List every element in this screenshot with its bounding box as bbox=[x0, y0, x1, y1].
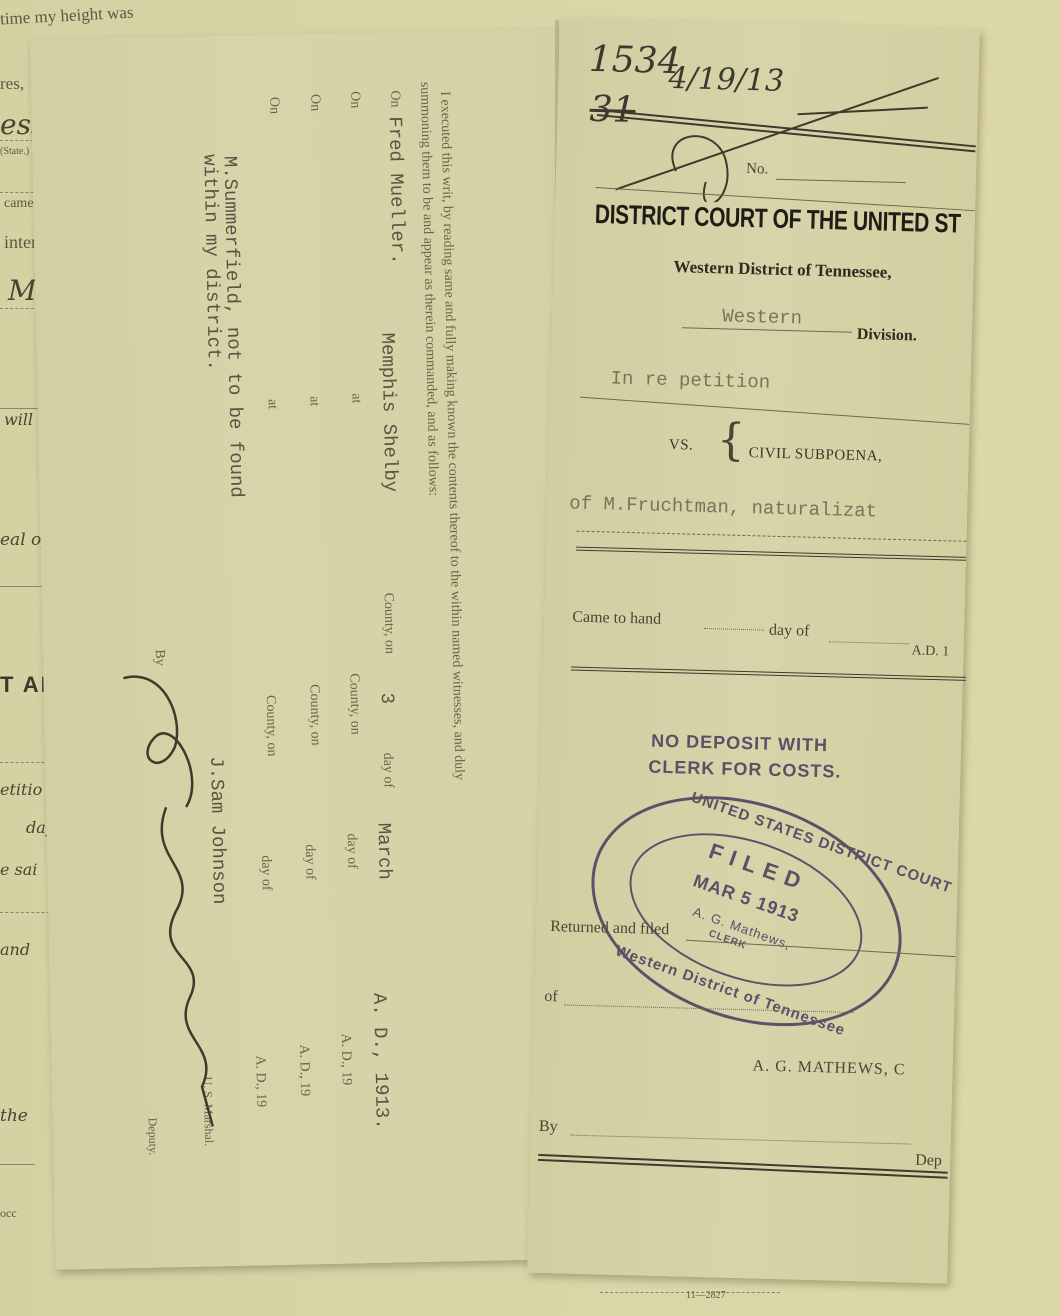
bg-fragment: and bbox=[0, 940, 30, 959]
entry-1-witness-name: Fred Mueller. bbox=[384, 116, 409, 265]
entry-4-day-of: day of bbox=[257, 855, 274, 891]
bg-fragment: etitio bbox=[0, 780, 42, 799]
came-to-hand-label: Came to hand bbox=[572, 609, 661, 629]
entry-4-ad: A. D., 19 bbox=[251, 1055, 268, 1107]
entry-3-ad: A. D., 19 bbox=[295, 1044, 312, 1096]
entry-1-ad: A. D., 1913. bbox=[368, 993, 393, 1130]
bg-fragment: occ bbox=[0, 1206, 17, 1221]
entry-3-day-of: day of bbox=[301, 844, 318, 880]
return-intro-line1: I executed this writ, by reading same an… bbox=[436, 91, 466, 780]
returned-label: Returned and filed bbox=[550, 918, 670, 939]
bg-fragment: (State.) bbox=[0, 146, 29, 157]
entry-2-on: On bbox=[346, 91, 362, 108]
entry-2-ad: A. D., 19 bbox=[337, 1033, 354, 1085]
entry-1-month: March bbox=[372, 823, 395, 880]
district-line: Western District of Tennessee, bbox=[673, 257, 892, 283]
entry-2-at: at bbox=[347, 393, 363, 403]
entry-3-at: at bbox=[306, 396, 322, 406]
entry-1-place: Memphis Shelby bbox=[376, 332, 401, 492]
document-type: CIVIL SUBPOENA, bbox=[748, 445, 882, 465]
division-label: Division. bbox=[857, 326, 917, 346]
entry-4-county-on: County, on bbox=[262, 695, 279, 757]
entry-4-at: at bbox=[264, 399, 280, 409]
filed-stamp: UNITED STATES DISTRICT COURT FILED MAR 5… bbox=[560, 756, 933, 1065]
entry-3-county-on: County, on bbox=[306, 684, 323, 746]
no-deposit-stamp-line1: NO DEPOSIT WITH bbox=[651, 731, 828, 757]
clerk-name: A. G. MATHEWS, C bbox=[752, 1057, 905, 1079]
division-value: Western bbox=[722, 305, 802, 329]
day-of-label: day of bbox=[769, 622, 810, 641]
subpoena-return-panel: I executed this writ, by reading same an… bbox=[30, 29, 591, 1270]
bg-fragment: res, bbox=[0, 74, 24, 94]
ad-label: A.D. 1 bbox=[911, 643, 949, 660]
by-label: By bbox=[539, 1118, 558, 1136]
of-label: of bbox=[544, 988, 558, 1006]
entry-1-county-on: County, on bbox=[380, 592, 397, 654]
brace: { bbox=[716, 414, 745, 466]
entry-1-day: 3 bbox=[376, 692, 398, 704]
case-caption-line1: In re petition bbox=[610, 367, 770, 393]
deputy-label: Dep bbox=[915, 1152, 942, 1171]
subpoena-front-panel: 1534 31 4/19/13 No. DISTRICT COURT OF TH… bbox=[527, 18, 980, 1284]
entry-4-on: On bbox=[265, 97, 281, 114]
entry-2-day-of: day of bbox=[343, 833, 360, 869]
bg-fragment: the bbox=[0, 1106, 28, 1126]
deputy-signature bbox=[103, 656, 243, 1159]
no-label: No. bbox=[746, 161, 769, 179]
entry-2-county-on: County, on bbox=[345, 673, 362, 735]
case-caption-line2: of M.Fruchtman, naturalizat bbox=[569, 492, 877, 522]
form-number: 11—2827 bbox=[686, 1290, 726, 1301]
not-found-line2: within my district. bbox=[198, 154, 225, 371]
background-page-edge bbox=[975, 0, 1060, 1316]
entry-1-day-of: day of bbox=[379, 753, 396, 789]
bg-fragment: e sai bbox=[0, 860, 37, 879]
vs-label: VS. bbox=[669, 437, 694, 455]
entry-3-on: On bbox=[306, 94, 322, 111]
entry-1-on: On bbox=[386, 90, 402, 107]
